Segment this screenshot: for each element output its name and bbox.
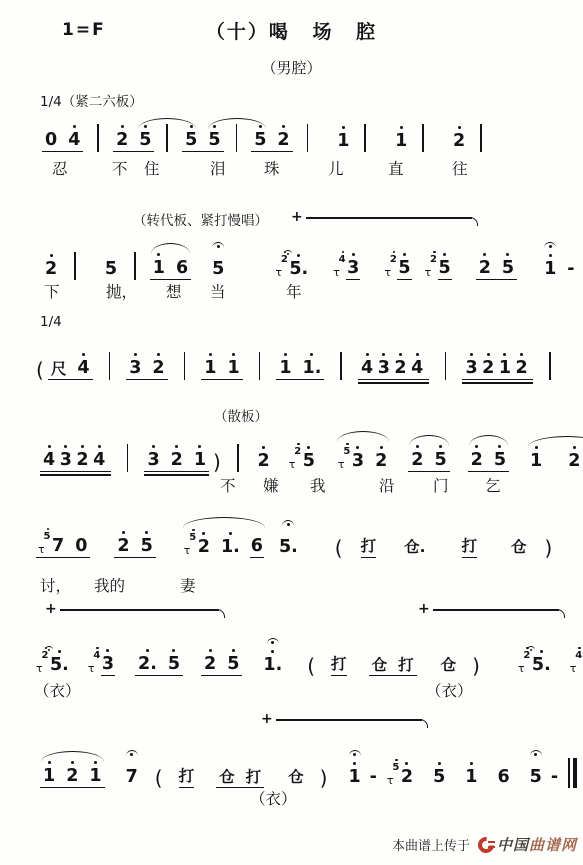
- octave-dot: [48, 761, 51, 764]
- note: 2: [478, 257, 492, 280]
- note: 1.: [302, 357, 323, 380]
- music-symbol: (: [307, 656, 315, 676]
- note-digit: 5: [167, 653, 181, 676]
- music-symbol: -: [567, 261, 574, 281]
- grace-hook-icon: τ: [36, 663, 43, 674]
- note: 2: [65, 765, 79, 788]
- note: 5: [211, 258, 225, 281]
- grace-hook-icon: τ: [38, 544, 45, 555]
- octave-dot: [403, 253, 406, 256]
- note: 仓: [371, 655, 389, 676]
- note: 2: [116, 535, 130, 558]
- note-digit: 2: [151, 357, 165, 380]
- grace-hook-icon: τ: [275, 267, 282, 278]
- octave-dot: [229, 532, 232, 535]
- grace-note: τ2: [275, 253, 288, 280]
- note-digit: 2: [276, 129, 290, 152]
- octave-dot: [342, 251, 345, 254]
- note: 5: [138, 129, 152, 152]
- percussion-syllable: 仓: [441, 656, 457, 676]
- note-digit: 2: [452, 130, 466, 153]
- lyric: 想: [166, 280, 182, 302]
- note-digit: 3: [128, 357, 142, 380]
- note-digit: 6: [496, 766, 510, 789]
- lyric: 住: [144, 157, 160, 179]
- octave-dot: [393, 251, 396, 254]
- score-subtitle: （男腔）: [0, 57, 583, 78]
- note-digit: 4: [42, 449, 56, 472]
- note-digit: 1.: [262, 654, 283, 677]
- octave-dot: [443, 253, 446, 256]
- lyric: 我: [310, 474, 326, 496]
- note: τ52: [387, 761, 414, 788]
- note-group: 11.: [276, 357, 324, 381]
- note-digit: 2: [393, 357, 407, 380]
- note: 5: [207, 129, 221, 152]
- note-digit: 2: [257, 450, 271, 473]
- octave-dot: [352, 253, 355, 256]
- music-symbol: (: [335, 538, 343, 558]
- plus-sign: +: [418, 601, 430, 617]
- note: 5: [184, 129, 198, 152]
- music-symbol: (: [155, 768, 163, 788]
- note-digit: 5: [138, 129, 152, 152]
- note: 2: [276, 129, 290, 152]
- note: 1: [42, 765, 56, 788]
- grace-hook-icon: τ: [570, 663, 577, 674]
- note: 5: [140, 535, 154, 558]
- percussion-duration-line: +: [60, 609, 225, 619]
- note: 打: [245, 767, 263, 788]
- music-symbol: -: [551, 769, 558, 789]
- percussion-syllable: 仓: [288, 768, 304, 788]
- note: 5.: [278, 536, 299, 559]
- grace-note: τ2: [384, 253, 397, 280]
- octave-dot: [152, 445, 155, 448]
- footer: 本曲谱上传于 中国曲谱网: [0, 834, 577, 855]
- score-page: 1=F （十）喝 场 腔 （男腔） 1/4（紧二六板） 042555521122…: [0, 0, 583, 865]
- music-line: 25165τ25.τ43τ25τ25251-: [44, 238, 583, 280]
- note-digit: 3: [377, 357, 391, 380]
- percussion-syllable: 打: [331, 655, 347, 676]
- lyric: 年: [286, 280, 302, 302]
- final-barline-thin: [568, 758, 570, 788]
- percussion-syllable: 打: [361, 537, 377, 558]
- octave-dot: [106, 649, 109, 652]
- note: 2: [170, 449, 184, 472]
- octave-dot: [122, 531, 125, 534]
- note-digit: 2: [481, 357, 495, 380]
- note-digit: 5.: [278, 536, 299, 559]
- lyric: （衣）: [426, 679, 473, 701]
- octave-dot: [307, 446, 310, 449]
- note: 打: [397, 655, 415, 676]
- octave-dot: [232, 649, 235, 652]
- note-group: 3212: [462, 357, 533, 381]
- note: 2: [151, 357, 165, 380]
- note: 仓: [218, 767, 236, 788]
- octave-dot: [540, 650, 543, 653]
- note: τ43: [570, 649, 583, 676]
- music-symbol: (: [36, 360, 44, 380]
- note-digit: 5: [432, 766, 446, 789]
- note-digit: 5: [211, 258, 225, 281]
- note-digit: 3: [464, 357, 478, 380]
- note-digit: 2: [116, 535, 130, 558]
- note-group: 25: [113, 129, 154, 153]
- score-title: （十）喝 场 腔: [0, 17, 583, 44]
- lyric: 我的: [94, 574, 125, 596]
- grace-note: τ5: [38, 530, 51, 557]
- lyric: 不: [112, 157, 128, 179]
- note: 4: [92, 449, 106, 472]
- note-digit: 5: [302, 450, 316, 473]
- note-group: 4324: [40, 449, 111, 473]
- note-digit: 3: [101, 653, 115, 677]
- note: 1: [529, 450, 543, 473]
- plus-sign: +: [291, 209, 303, 225]
- grace-digit: 2: [390, 255, 397, 265]
- note: 尺: [50, 359, 68, 380]
- note: 2: [410, 449, 424, 472]
- annotation: （转代板、紧打慢唱）: [133, 209, 268, 229]
- music-line: 04255552112: [42, 110, 496, 152]
- note-group: 25: [114, 535, 155, 559]
- fermata-icon: [527, 646, 535, 652]
- grace-hook-icon: τ: [425, 267, 432, 278]
- note-digit: 1: [278, 357, 292, 380]
- note: 1: [152, 257, 166, 280]
- octave-dot: [157, 353, 160, 356]
- note-digit: 2: [203, 653, 217, 676]
- note-group: 121: [40, 765, 105, 789]
- grace-hook-icon: τ: [387, 775, 394, 786]
- octave-dot: [470, 353, 473, 356]
- octave-dot: [232, 353, 235, 356]
- octave-dot: [157, 253, 160, 256]
- note: 6: [175, 257, 189, 280]
- grace-note: τ4: [333, 253, 346, 280]
- barline: [340, 352, 342, 380]
- note-digit: 2: [115, 129, 129, 152]
- lyric: 直: [388, 157, 404, 179]
- octave-dot: [58, 650, 61, 653]
- lyric: （衣）: [34, 679, 81, 701]
- note: 2: [567, 450, 581, 473]
- octave-dot: [310, 353, 313, 356]
- note-group: 04: [42, 129, 83, 153]
- note-digit: 5: [438, 257, 452, 281]
- barline: [74, 252, 76, 280]
- note-digit: 2: [44, 258, 58, 281]
- music-line: (尺4321111.43243212: [36, 338, 567, 380]
- note: 4: [360, 357, 374, 380]
- note: 1: [336, 130, 350, 153]
- note-digit: 1.: [302, 357, 323, 380]
- lyric: 往: [452, 157, 468, 179]
- octave-dot: [48, 445, 51, 448]
- grace-digit: 4: [339, 255, 346, 265]
- note: 1: [394, 130, 408, 153]
- octave-dot: [416, 353, 419, 356]
- note: 1: [203, 357, 217, 380]
- note-group: 52: [251, 129, 292, 153]
- grace-note: τ4: [570, 649, 583, 676]
- note-digit: 2: [197, 536, 211, 559]
- note-digit: 7: [125, 766, 139, 789]
- octave-dot: [487, 353, 490, 356]
- octave-dot: [549, 254, 552, 257]
- note-digit: 4: [67, 129, 81, 152]
- tie-arc: [208, 118, 266, 129]
- percussion-syllable: 打: [462, 537, 478, 558]
- fermata-icon: [45, 646, 53, 652]
- barline: [259, 352, 261, 380]
- note: 3: [377, 357, 391, 380]
- octave-dot: [98, 445, 101, 448]
- fermata-icon: [267, 638, 279, 646]
- note: 5: [493, 449, 507, 472]
- note-group: 11: [201, 357, 242, 381]
- note-digit: 1: [336, 130, 350, 153]
- grace-hook-icon: τ: [289, 459, 296, 470]
- percussion-duration-line: +: [306, 217, 478, 227]
- octave-dot: [175, 445, 178, 448]
- note: 4: [42, 449, 56, 472]
- note: 1.: [220, 536, 241, 559]
- octave-dot: [498, 445, 501, 448]
- note-group: 25: [201, 653, 242, 677]
- note-digit: 5: [397, 257, 411, 281]
- octave-dot: [399, 353, 402, 356]
- note-group: 25: [476, 257, 517, 281]
- barline: [445, 352, 447, 380]
- note: 5: [167, 653, 181, 676]
- octave-dot: [503, 353, 506, 356]
- note-digit: 2: [410, 449, 424, 472]
- music-symbol: -: [370, 769, 377, 789]
- octave-dot: [94, 761, 97, 764]
- octave-dot: [209, 649, 212, 652]
- note-digit: 0: [74, 535, 88, 558]
- fermata-icon: [126, 750, 138, 758]
- site-logo-text-rest: 曲谱网: [529, 836, 577, 854]
- music-line: 1217(打仓打仓)1-τ525165-: [40, 746, 583, 788]
- octave-dot: [145, 531, 148, 534]
- octave-dot: [380, 446, 383, 449]
- octave-dot: [282, 125, 285, 128]
- note: τ25: [289, 445, 316, 472]
- note-digit: 5: [433, 449, 447, 472]
- music-symbol: ): [472, 656, 480, 676]
- octave-dot: [366, 353, 369, 356]
- duration-line-hook: [216, 609, 225, 618]
- grace-hook-icon: τ: [518, 663, 525, 674]
- note-digit: 1: [347, 766, 361, 789]
- final-barline-thick: [573, 758, 578, 788]
- note: 5: [529, 766, 543, 789]
- note-digit: 仓: [218, 767, 236, 788]
- music-symbol: ): [320, 768, 328, 788]
- grace-digit: 5: [44, 532, 51, 542]
- note-digit: 5: [104, 258, 118, 281]
- grace-note: τ2: [425, 253, 438, 280]
- note-group: 2.5: [135, 653, 183, 677]
- lyric: 忍: [52, 157, 68, 179]
- note-digit: 7: [51, 535, 65, 558]
- octave-dot: [198, 445, 201, 448]
- note-digit: 5: [493, 449, 507, 472]
- note-group: 尺4: [48, 357, 93, 381]
- barline: [97, 124, 99, 152]
- meter-annotation: 1/4（紧二六板）: [40, 90, 143, 110]
- octave-dot: [433, 251, 436, 254]
- octave-dot: [506, 253, 509, 256]
- note-digit: 5: [253, 129, 267, 152]
- duration-line: [60, 609, 219, 611]
- note: τ43: [333, 253, 360, 280]
- octave-dot: [346, 443, 349, 446]
- grace-note: τ5: [338, 445, 351, 472]
- octave-dot: [439, 445, 442, 448]
- note: τ25.: [275, 253, 309, 280]
- octave-dot: [416, 445, 419, 448]
- lyric: 抛，: [106, 280, 137, 302]
- note: 7: [125, 766, 139, 789]
- note: 1: [543, 258, 557, 281]
- note-group: 仓打: [216, 767, 264, 789]
- note: 1: [347, 766, 361, 789]
- quzipu-logo-icon: [478, 837, 494, 853]
- note: 5: [104, 258, 118, 281]
- note-digit: 6: [175, 257, 189, 280]
- octave-dot: [458, 126, 461, 129]
- grace-hook-icon: τ: [88, 663, 95, 674]
- note: 0: [44, 129, 58, 152]
- note: 5: [253, 129, 267, 152]
- octave-dot: [96, 647, 99, 650]
- lyric: 下: [44, 280, 60, 302]
- barline: [237, 444, 239, 472]
- note: τ25: [384, 253, 411, 280]
- note-digit: 5: [529, 766, 543, 789]
- note: 4: [410, 357, 424, 380]
- note: 1: [88, 765, 102, 788]
- tie-arc: [138, 118, 196, 129]
- octave-dot: [438, 762, 441, 765]
- note: 4: [67, 129, 81, 152]
- duration-line-hook: [556, 609, 565, 618]
- music-line: τ57025τ521.65.(打仓.打仓): [36, 516, 562, 558]
- note: τ25.: [36, 649, 70, 676]
- grace-digit: 2: [281, 255, 288, 265]
- lyric: 嫌: [263, 474, 279, 496]
- note: 2: [393, 357, 407, 380]
- note-group: 16: [150, 257, 191, 281]
- note: 2: [452, 130, 466, 153]
- lyric: 门: [433, 474, 449, 496]
- note-digit: 3: [346, 257, 360, 281]
- note-digit: 0: [44, 129, 58, 152]
- grace-note: τ5: [387, 761, 400, 788]
- fermata-icon: [212, 242, 224, 250]
- note-digit: 打: [397, 655, 415, 676]
- note-digit: 1: [543, 258, 557, 281]
- barline: [549, 352, 551, 380]
- note: 2: [115, 129, 129, 152]
- note: 2: [203, 653, 217, 676]
- duration-line: [306, 217, 472, 219]
- note-digit: 4: [360, 357, 374, 380]
- barline: [134, 252, 136, 280]
- octave-dot: [356, 446, 359, 449]
- octave-dot: [50, 254, 53, 257]
- note: 2: [75, 449, 89, 472]
- note-digit: 2: [75, 449, 89, 472]
- note: 2: [470, 449, 484, 472]
- note: 5: [501, 257, 515, 280]
- percussion-syllable: 仓: [511, 538, 527, 558]
- note-group: 32: [126, 357, 167, 381]
- note: 2: [44, 258, 58, 281]
- grace-digit: 2: [523, 651, 530, 661]
- grace-digit: 5: [343, 447, 350, 457]
- octave-dot: [573, 446, 576, 449]
- note-digit: 6: [250, 535, 264, 559]
- note-digit: 1.: [220, 536, 241, 559]
- octave-dot: [64, 445, 67, 448]
- note-digit: 打: [245, 767, 263, 788]
- note-group: 321: [144, 449, 209, 473]
- note-digit: 3: [351, 450, 365, 473]
- note: 6: [250, 535, 264, 559]
- barline: [127, 444, 129, 472]
- octave-dot: [82, 353, 85, 356]
- percussion-syllable: 仓.: [404, 538, 425, 558]
- note-digit: 尺: [50, 359, 68, 380]
- note-digit: 2: [567, 450, 581, 473]
- note: 5: [433, 449, 447, 472]
- octave-dot: [483, 253, 486, 256]
- octave-dot: [209, 353, 212, 356]
- note-digit: 2: [478, 257, 492, 280]
- note-digit: 5: [184, 129, 198, 152]
- note: 1: [464, 766, 478, 789]
- annotation: 1/4: [40, 314, 62, 330]
- note: 4: [76, 357, 90, 380]
- grace-note: τ2: [36, 649, 49, 676]
- note-digit: 5.: [531, 654, 552, 677]
- note-group: 25: [408, 449, 449, 473]
- barline: [364, 124, 366, 152]
- note: 3: [59, 449, 73, 472]
- grace-digit: 5: [189, 533, 196, 543]
- final-barline: [568, 758, 577, 788]
- lyric: 儿: [328, 157, 344, 179]
- note: 0: [74, 535, 88, 558]
- grace-note: τ5: [184, 531, 197, 558]
- note-digit: 2: [515, 357, 529, 380]
- note: 3: [464, 357, 478, 380]
- grace-digit: 2: [294, 447, 301, 457]
- grace-note: τ2: [518, 649, 531, 676]
- lyric: 妻: [180, 574, 196, 596]
- fermata-icon: [544, 242, 556, 250]
- octave-dot: [134, 353, 137, 356]
- barline: [480, 124, 482, 152]
- lyric: （衣）: [250, 787, 297, 809]
- note: 5: [226, 653, 240, 676]
